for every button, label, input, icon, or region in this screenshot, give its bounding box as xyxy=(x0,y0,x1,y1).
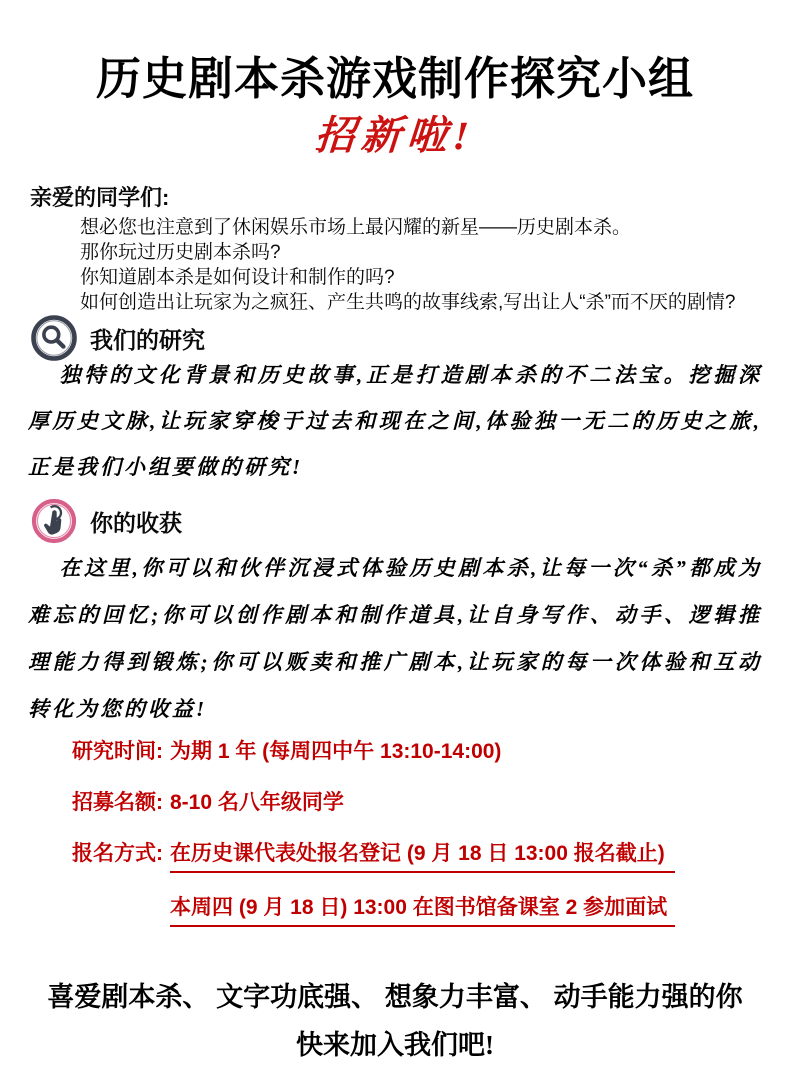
gains-body-text: 在这里,你可以和伙伴沉浸式体验历史剧本杀,让每一次“杀”都成为难忘的回忆;你可以… xyxy=(28,545,762,733)
footer-callout-line2: 快来加入我们吧! xyxy=(0,1023,790,1062)
info-row-time: 研究时间: 为期 1 年 (每周四中午 13:10-14:00) xyxy=(72,738,770,765)
info-block: 研究时间: 为期 1 年 (每周四中午 13:10-14:00) 招募名额: 8… xyxy=(72,738,770,951)
recruiting-banner: 招新啦! xyxy=(0,104,790,161)
page-title: 历史剧本杀游戏制作探究小组 xyxy=(0,42,790,107)
intro-line: 如何创造出让玩家为之疯狂、产生共鸣的故事线索,写出让人“杀”而不厌的剧情? xyxy=(80,290,770,315)
intro-line: 那你玩过历史剧本杀吗? xyxy=(80,240,770,265)
info-row-signup: 报名方式: 在历史课代表处报名登记 (9 月 18 日 13:00 报名截止) … xyxy=(72,840,770,927)
time-label: 研究时间: xyxy=(72,738,163,765)
signup-label: 报名方式: xyxy=(72,840,163,867)
poster-page: 历史剧本杀游戏制作探究小组 招新啦! 亲爱的同学们: 想必您也注意到了休闲娱乐市… xyxy=(0,0,790,1092)
intro-paragraph: 想必您也注意到了休闲娱乐市场上最闪耀的新星——历史剧本杀。 那你玩过历史剧本杀吗… xyxy=(80,215,770,315)
info-row-quota: 招募名额: 8-10 名八年级同学 xyxy=(72,789,770,816)
greeting: 亲爱的同学们: xyxy=(30,181,169,212)
footer-callout-line1: 喜爱剧本杀、 文字功底强、 想象力丰富、 动手能力强的你 xyxy=(0,975,790,1014)
signup-line-1: 在历史课代表处报名登记 (9 月 18 日 13:00 报名截止) xyxy=(170,840,675,873)
signup-details: 在历史课代表处报名登记 (9 月 18 日 13:00 报名截止) 本周四 (9… xyxy=(170,840,675,927)
intro-line: 你知道剧本杀是如何设计和制作的吗? xyxy=(80,265,770,290)
tap-icon xyxy=(30,497,78,545)
signup-line-2: 本周四 (9 月 18 日) 13:00 在图书馆备课室 2 参加面试 xyxy=(170,894,675,927)
section-gains-header: 你的收获 xyxy=(30,497,182,545)
research-body-text: 独特的文化背景和历史故事,正是打造剧本杀的不二法宝。挖掘深厚历史文脉,让玩家穿梭… xyxy=(28,352,762,490)
section-heading: 我们的研究 xyxy=(90,322,205,355)
intro-line: 想必您也注意到了休闲娱乐市场上最闪耀的新星——历史剧本杀。 xyxy=(80,215,770,240)
time-value: 为期 1 年 (每周四中午 13:10-14:00) xyxy=(170,738,501,765)
quota-value: 8-10 名八年级同学 xyxy=(170,789,344,816)
quota-label: 招募名额: xyxy=(72,789,163,816)
section-heading: 你的收获 xyxy=(90,505,182,538)
